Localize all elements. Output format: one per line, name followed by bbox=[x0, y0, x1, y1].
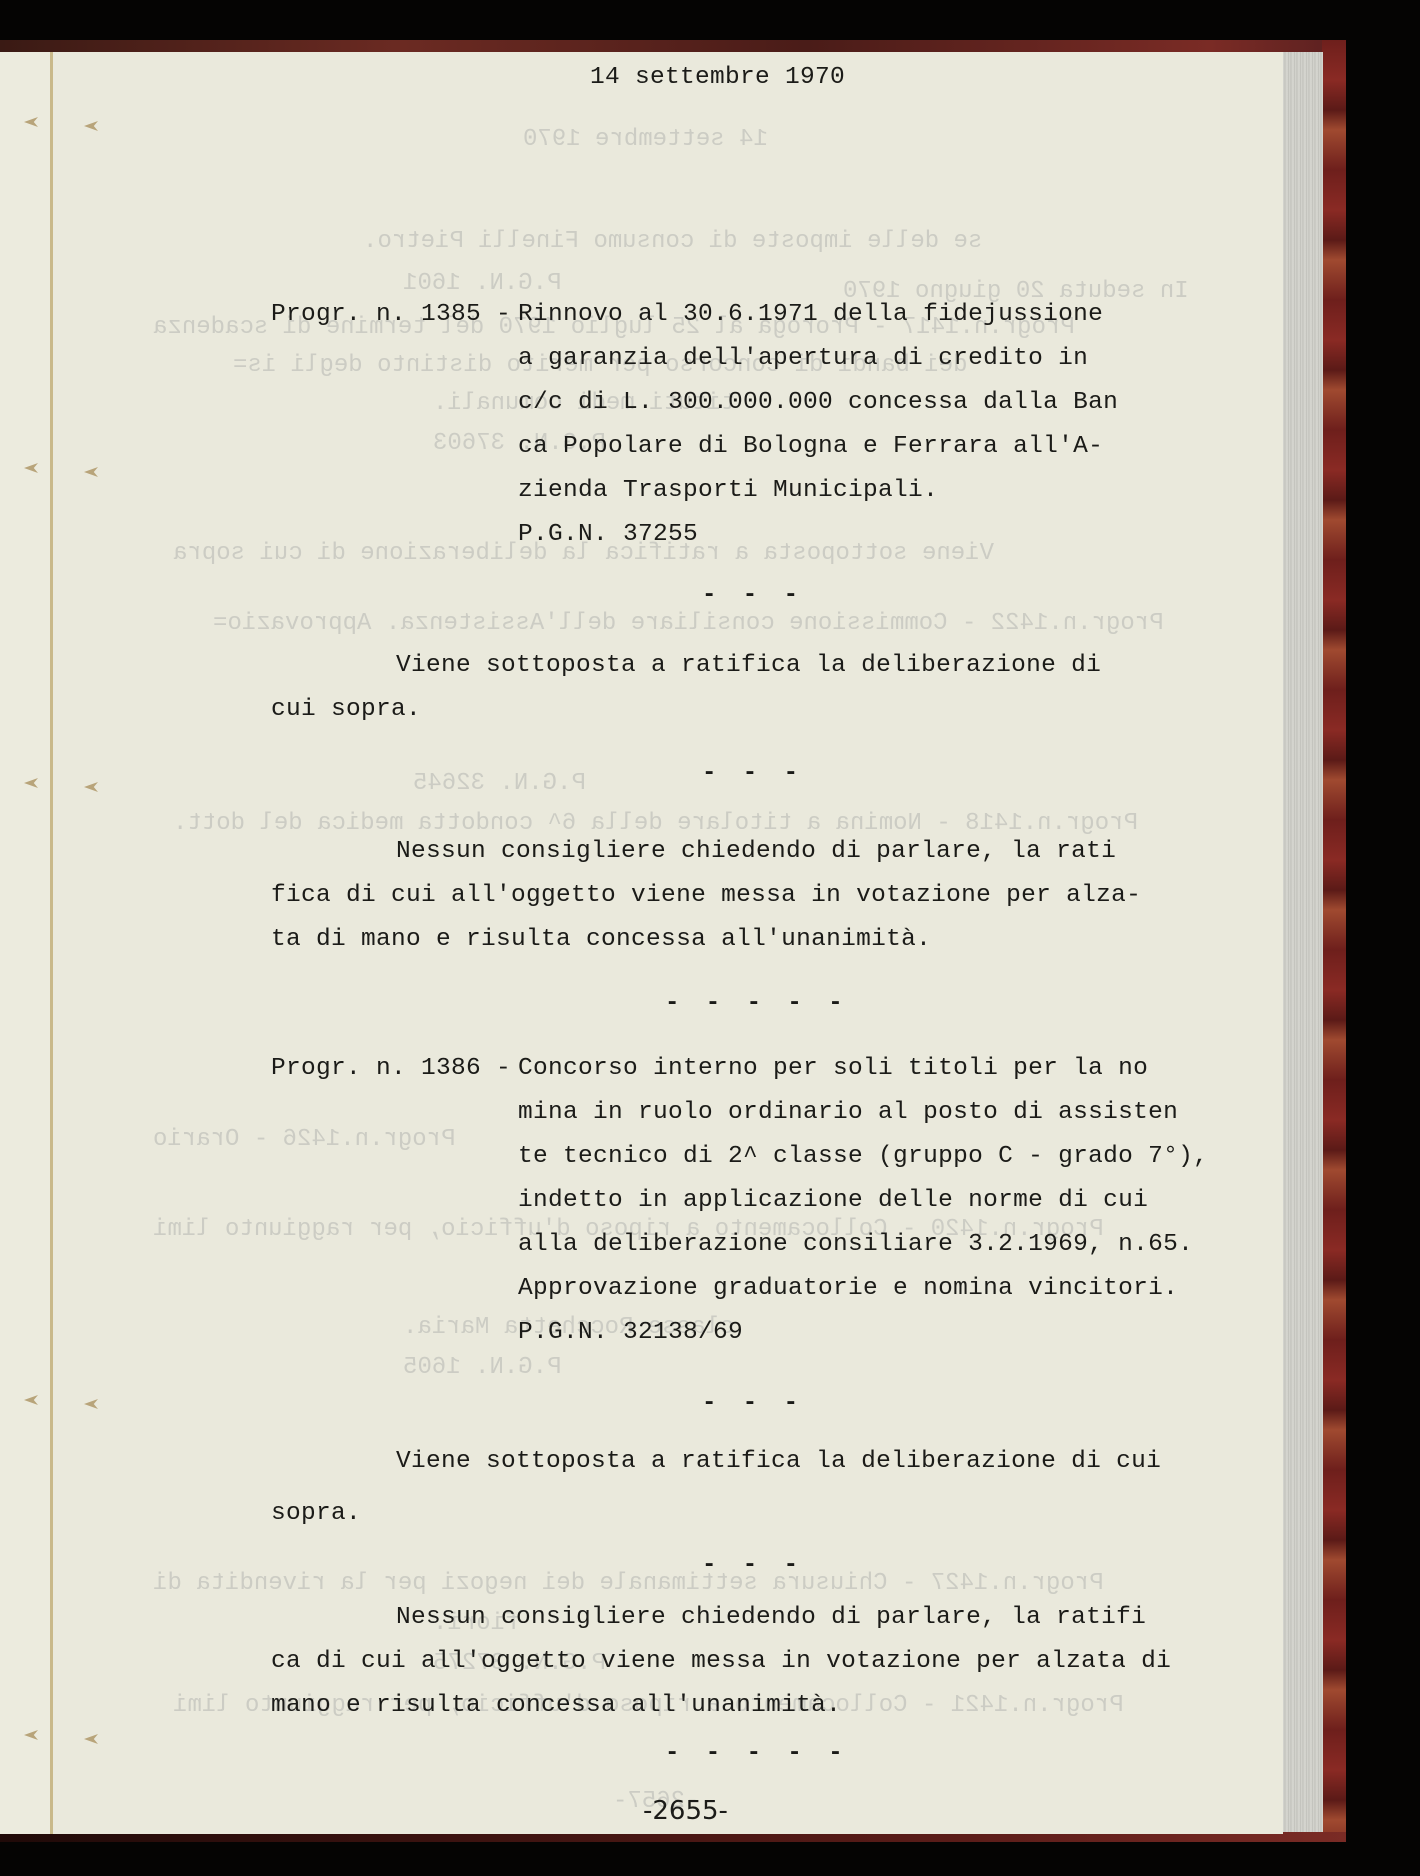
item-line: ca Popolare di Bologna e Ferrara all'A- bbox=[518, 433, 1103, 460]
bleed-line: P.G.N. 1605 bbox=[403, 1354, 561, 1381]
item-line: mina in ruolo ordinario al posto di assi… bbox=[518, 1099, 1178, 1126]
bleed-line: Progr.n.1422 - Commissione consiliare de… bbox=[213, 610, 1164, 637]
item-line: Rinnovo al 30.6.1971 della fidejussione bbox=[518, 301, 1103, 328]
ratifica-line: Viene sottoposta a ratifica la deliberaz… bbox=[396, 1448, 1161, 1475]
item-line: te tecnico di 2^ classe (gruppo C - grad… bbox=[518, 1143, 1208, 1170]
document-date: 14 settembre 1970 bbox=[590, 64, 845, 91]
item-line: c/c di L. 300.000.000 concessa dalla Ban bbox=[518, 389, 1118, 416]
item-line: Approvazione graduatorie e nomina vincit… bbox=[518, 1275, 1178, 1302]
ratifica-line: sopra. bbox=[271, 1500, 361, 1527]
bleed-line: Progr.n.1418 - Nomina a titolare della 6… bbox=[173, 810, 1138, 837]
item-line: zienda Trasporti Municipali. bbox=[518, 477, 938, 504]
pgn-reference: P.G.N. 32138/69 bbox=[518, 1319, 743, 1346]
item-line: Concorso interno per soli titoli per la … bbox=[518, 1055, 1148, 1082]
bleed-line: P.G.N. 1601 bbox=[403, 270, 561, 297]
separator-end: - - - - - bbox=[665, 1740, 849, 1767]
vote-line: fica di cui all'oggetto viene messa in v… bbox=[271, 882, 1141, 909]
bleed-line: Progr.n.1426 - Orario bbox=[153, 1126, 455, 1153]
vote-line: ta di mano e risulta concessa all'unanim… bbox=[271, 926, 931, 953]
pgn-reference: P.G.N. 37255 bbox=[518, 521, 698, 548]
ratifica-line: Viene sottoposta a ratifica la deliberaz… bbox=[396, 652, 1101, 679]
item-line: a garanzia dell'apertura di credito in bbox=[518, 345, 1088, 372]
progr-label-1385: Progr. n. 1385 - bbox=[271, 301, 511, 328]
page-block-edges bbox=[1283, 52, 1323, 1832]
page-number: -2655- bbox=[643, 1796, 728, 1826]
progr-label-1386: Progr. n. 1386 - bbox=[271, 1055, 511, 1082]
bleed-line: 14 settembre 1970 bbox=[523, 126, 768, 153]
item-line: alla deliberazione consiliare 3.2.1969, … bbox=[518, 1231, 1193, 1258]
vote-line: ca di cui all'oggetto viene messa in vot… bbox=[271, 1648, 1171, 1675]
vote-line: Nessun consigliere chiedendo di parlare,… bbox=[396, 1604, 1146, 1631]
binding-gutter bbox=[50, 52, 53, 1834]
ratifica-line: cui sopra. bbox=[271, 696, 421, 723]
vote-line: mano e risulta concessa all'unanimità. bbox=[271, 1692, 841, 1719]
vote-line: Nessun consigliere chiedendo di parlare,… bbox=[396, 838, 1116, 865]
document-page: 14 settembre 1970 se delle imposte di co… bbox=[53, 52, 1283, 1834]
separator-end: - - - - - bbox=[665, 990, 849, 1017]
item-line: indetto in applicazione delle norme di c… bbox=[518, 1187, 1148, 1214]
separator: - - - bbox=[702, 1552, 804, 1579]
left-page-edge bbox=[0, 52, 52, 1834]
bleed-line: se delle imposte di consumo Finelli Piet… bbox=[363, 228, 982, 255]
separator: - - - bbox=[702, 582, 804, 609]
separator: - - - bbox=[702, 1390, 804, 1417]
separator: - - - bbox=[702, 760, 804, 787]
bleed-line: Progr.n.1427 - Chiusura settimanale dei … bbox=[153, 1570, 1104, 1597]
bleed-line: P.G.N. 32645 bbox=[413, 770, 586, 797]
book-cover-marbled-edge bbox=[1322, 40, 1346, 1842]
